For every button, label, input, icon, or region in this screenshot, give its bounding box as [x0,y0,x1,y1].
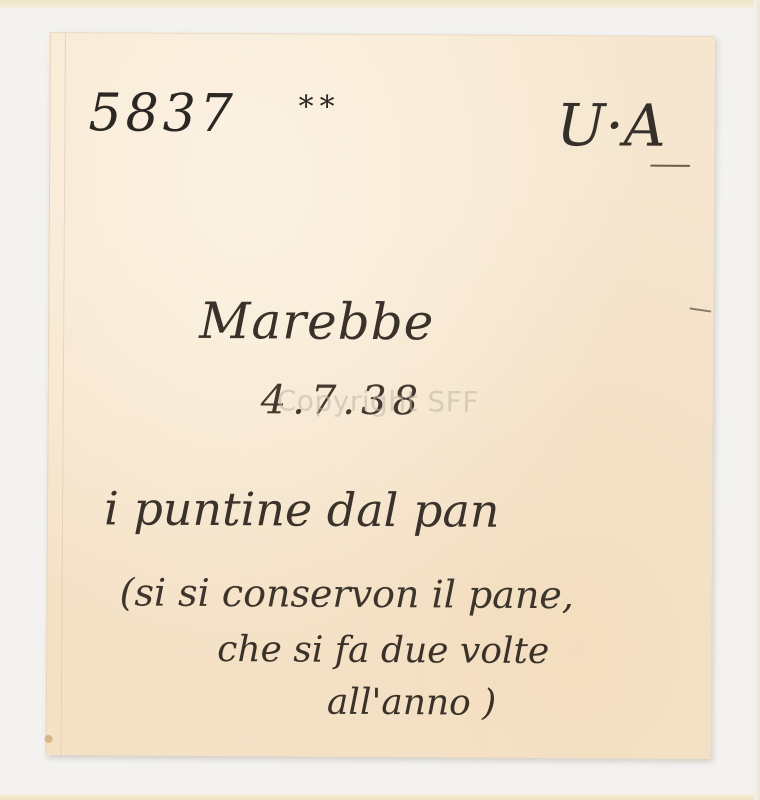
corner-stain [45,735,53,743]
initials: U·A [556,96,666,155]
paper-note: 5837 ** U·A Marebbe 4.7.38 Copyright SFF… [46,32,715,759]
catalog-marks: ** [298,93,340,123]
location-name: Marebbe [199,296,434,347]
right-mount-edge [754,0,760,800]
watermark: Copyright SFF [277,384,479,418]
pencil-mark [689,307,711,312]
note-line-4: all'anno ) [327,685,497,722]
note-line-1: i puntine dal pan [104,485,500,533]
note-line-3: che si fa due volte [217,632,549,670]
note-line-2: (si si conservon il pane, [119,573,574,614]
top-mount-strip [0,0,760,8]
initials-underline [650,165,690,167]
bottom-mount-strip [0,794,760,800]
fold-line [61,33,66,755]
catalog-number: 5837 [88,87,237,140]
